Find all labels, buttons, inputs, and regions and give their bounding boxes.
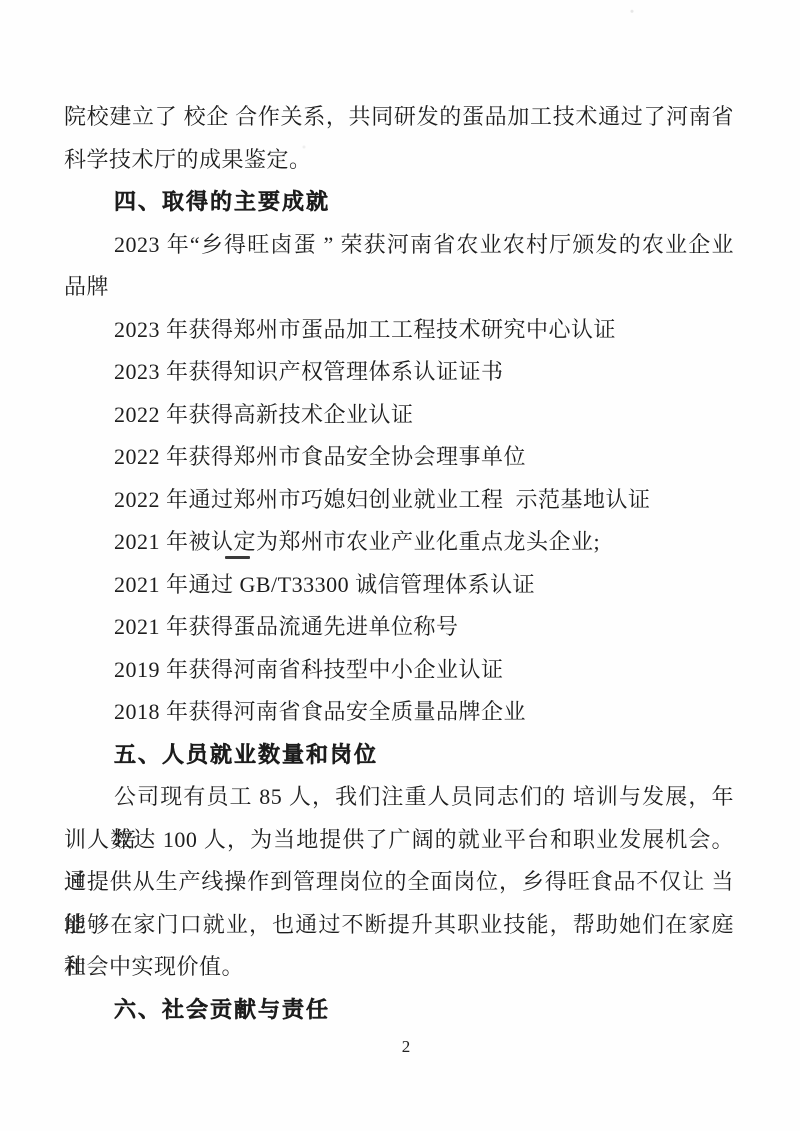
paragraph-line: 训人数达 100 人，为当地提供了广阔的就业平台和职业发展机会。通 [64, 819, 734, 862]
achievement-line: 2023 年获得郑州市蛋品加工工程技术研究中心认证 [64, 309, 734, 352]
achievement-line: 2023 年“乡得旺卤蛋 ” 荣获河南省农业农村厅颁发的农业企业 [64, 224, 734, 267]
paragraph-line: 公司现有员工 85 人，我们注重人员同志们的 培训与发展，年培 [64, 776, 734, 819]
achievement-line: 2021 年通过 GB/T33300 诚信管理体系认证 [64, 564, 734, 607]
achievement-line: 2021 年被认定为郑州市农业产业化重点龙头企业; [64, 521, 734, 564]
achievement-line: 2023 年获得知识产权管理体系认证证书 [64, 351, 734, 394]
document-body: 院校建立了 校企 合作关系，共同研发的蛋品加工技术通过了河南省 科学技术厅的成果… [64, 96, 734, 1031]
scanned-document-page: 院校建立了 校企 合作关系，共同研发的蛋品加工技术通过了河南省 科学技术厅的成果… [0, 0, 800, 1131]
achievement-line-wrap: 品牌 [64, 266, 734, 309]
achievement-line: 2021 年获得蛋品流通先进单位称号 [64, 606, 734, 649]
paragraph-line: 社会中实现价值。 [64, 946, 734, 989]
achievement-line: 2022 年通过郑州市巧媳妇创业就业工程 示范基地认证 [64, 479, 734, 522]
achievement-line: 2022 年获得高新技术企业认证 [64, 394, 734, 437]
section-heading-six: 六、社会贡献与责任 [64, 989, 734, 1032]
achievement-line: 2018 年获得河南省食品安全质量品牌企业 [64, 691, 734, 734]
paragraph-line: 院校建立了 校企 合作关系，共同研发的蛋品加工技术通过了河南省 [64, 96, 734, 139]
handwritten-underline-mark [225, 556, 250, 559]
achievement-line: 2022 年获得郑州市食品安全协会理事单位 [64, 436, 734, 479]
section-heading-five: 五、人员就业数量和岗位 [64, 734, 734, 777]
paragraph-line: 科学技术厅的成果鉴定。 [64, 139, 734, 182]
page-number: 2 [0, 1036, 800, 1058]
section-heading-four: 四、取得的主要成就 [64, 181, 734, 224]
achievement-line: 2019 年获得河南省科技型中小企业认证 [64, 649, 734, 692]
paragraph-line: 能够在家门口就业，也通过不断提升其职业技能，帮助她们在家庭和 [64, 904, 734, 947]
paragraph-line: 过提供从生产线操作到管理岗位的全面岗位，乡得旺食品不仅让 当地 [64, 861, 734, 904]
